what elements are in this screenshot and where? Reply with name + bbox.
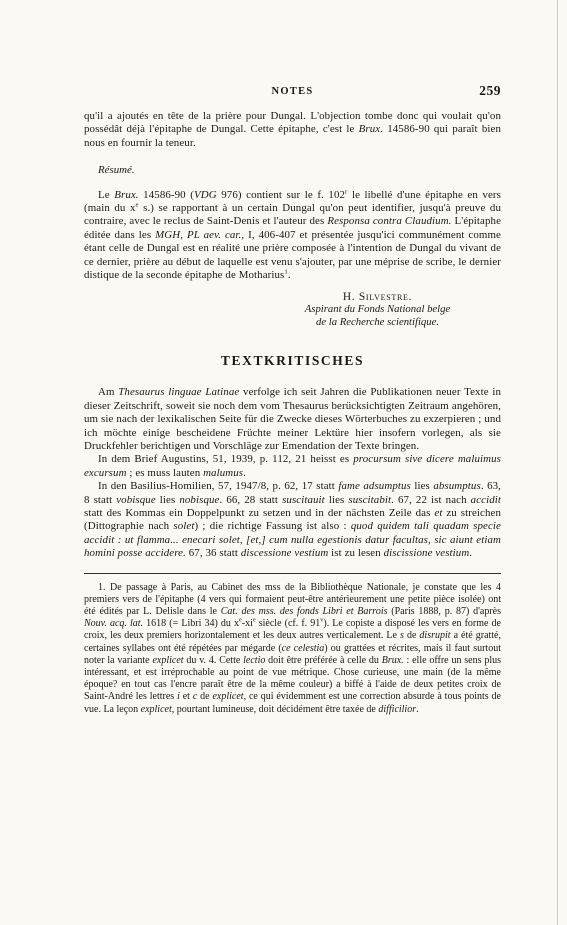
- signature-name: H. Silvestre.: [260, 291, 495, 303]
- scanned-journal-page: NOTES 259 qu'il a ajoutés en tête de la …: [0, 0, 567, 925]
- intro-paragraph: qu'il a ajoutés en tête de la prière pou…: [84, 110, 501, 150]
- resume-heading: Résumé.: [84, 164, 501, 177]
- body-paragraph-1: Am Thesaurus linguae Latinae verfolge ic…: [84, 386, 501, 453]
- running-title: NOTES: [271, 86, 313, 97]
- body-paragraph-3: In den Basilius-Homilien, 57, 1947/8, p.…: [84, 480, 501, 560]
- section-heading: TEXTKRITISCHES: [84, 353, 501, 369]
- page-number: 259: [479, 83, 501, 99]
- body-paragraph-2: In dem Brief Augustins, 51, 1939, p. 112…: [84, 453, 501, 480]
- signature-role-line-1: Aspirant du Fonds National belge: [260, 303, 495, 316]
- resume-paragraph: Le Brux. 14586-90 (VDG 976) contient sur…: [84, 189, 501, 283]
- footnote-separator: [84, 573, 501, 574]
- page-content: NOTES 259 qu'il a ajoutés en tête de la …: [84, 86, 501, 726]
- scan-edge-artifact: [557, 0, 558, 925]
- signature-role-line-2: de la Recherche scientifique.: [260, 316, 495, 329]
- signature-block: H. Silvestre. Aspirant du Fonds National…: [260, 291, 495, 329]
- footnote-paragraph: 1. De passage à Paris, au Cabinet des ms…: [84, 582, 501, 716]
- page-header: NOTES 259: [84, 86, 501, 102]
